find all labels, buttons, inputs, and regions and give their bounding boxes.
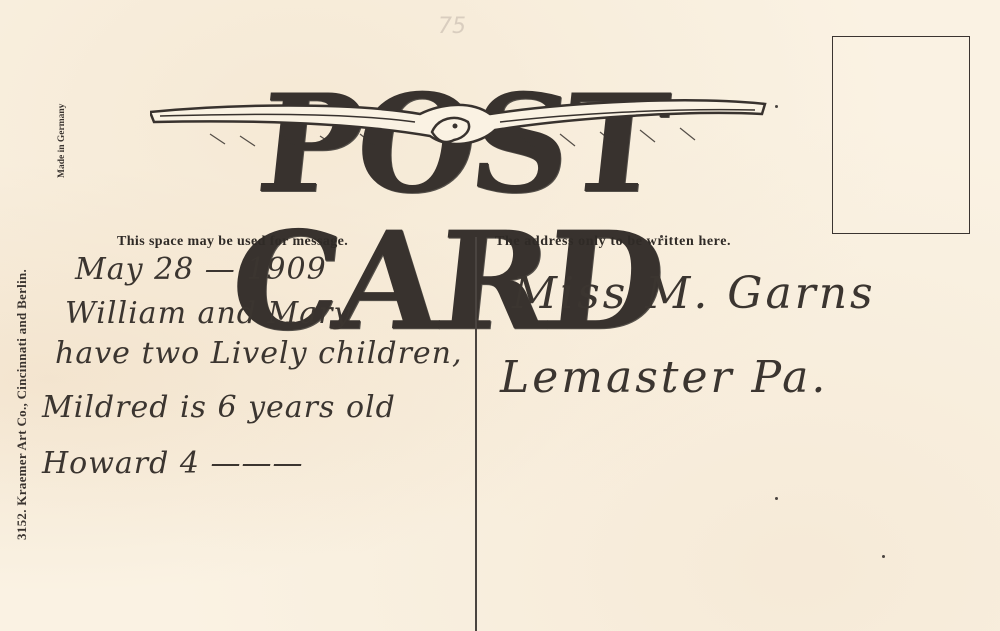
publisher-imprint: 3152. Kraemer Art Co., Cincinnati and Be… xyxy=(14,269,30,540)
pencil-mark: 75 xyxy=(438,14,466,39)
postcard-back: 75 3152. Kraemer Art Co., Cincinnati and… xyxy=(0,0,1000,631)
message-line: Howard 4 ——— xyxy=(42,446,304,481)
address-section-label: The address only to be written here. xyxy=(495,234,731,250)
eagle-icon xyxy=(150,74,770,214)
message-line-date: May 28 — 1909 xyxy=(75,252,327,287)
made-in-germany-imprint: Made in Germany xyxy=(57,104,67,178)
post-card-logo: POST CARD xyxy=(150,74,770,214)
ink-speck xyxy=(775,105,778,108)
address-location: Lemaster Pa. xyxy=(500,352,828,403)
ink-speck xyxy=(660,235,663,238)
ink-speck xyxy=(882,555,885,558)
message-line: have two Lively children, xyxy=(55,336,463,371)
message-line: William and Mary xyxy=(65,296,351,331)
message-section-label: This space may be used for message. xyxy=(117,234,348,250)
center-divider xyxy=(475,237,477,631)
message-line: Mildred is 6 years old xyxy=(42,390,396,425)
ink-speck xyxy=(775,497,778,500)
stamp-box xyxy=(832,36,970,234)
address-recipient: Miss M. Garns xyxy=(512,268,876,319)
